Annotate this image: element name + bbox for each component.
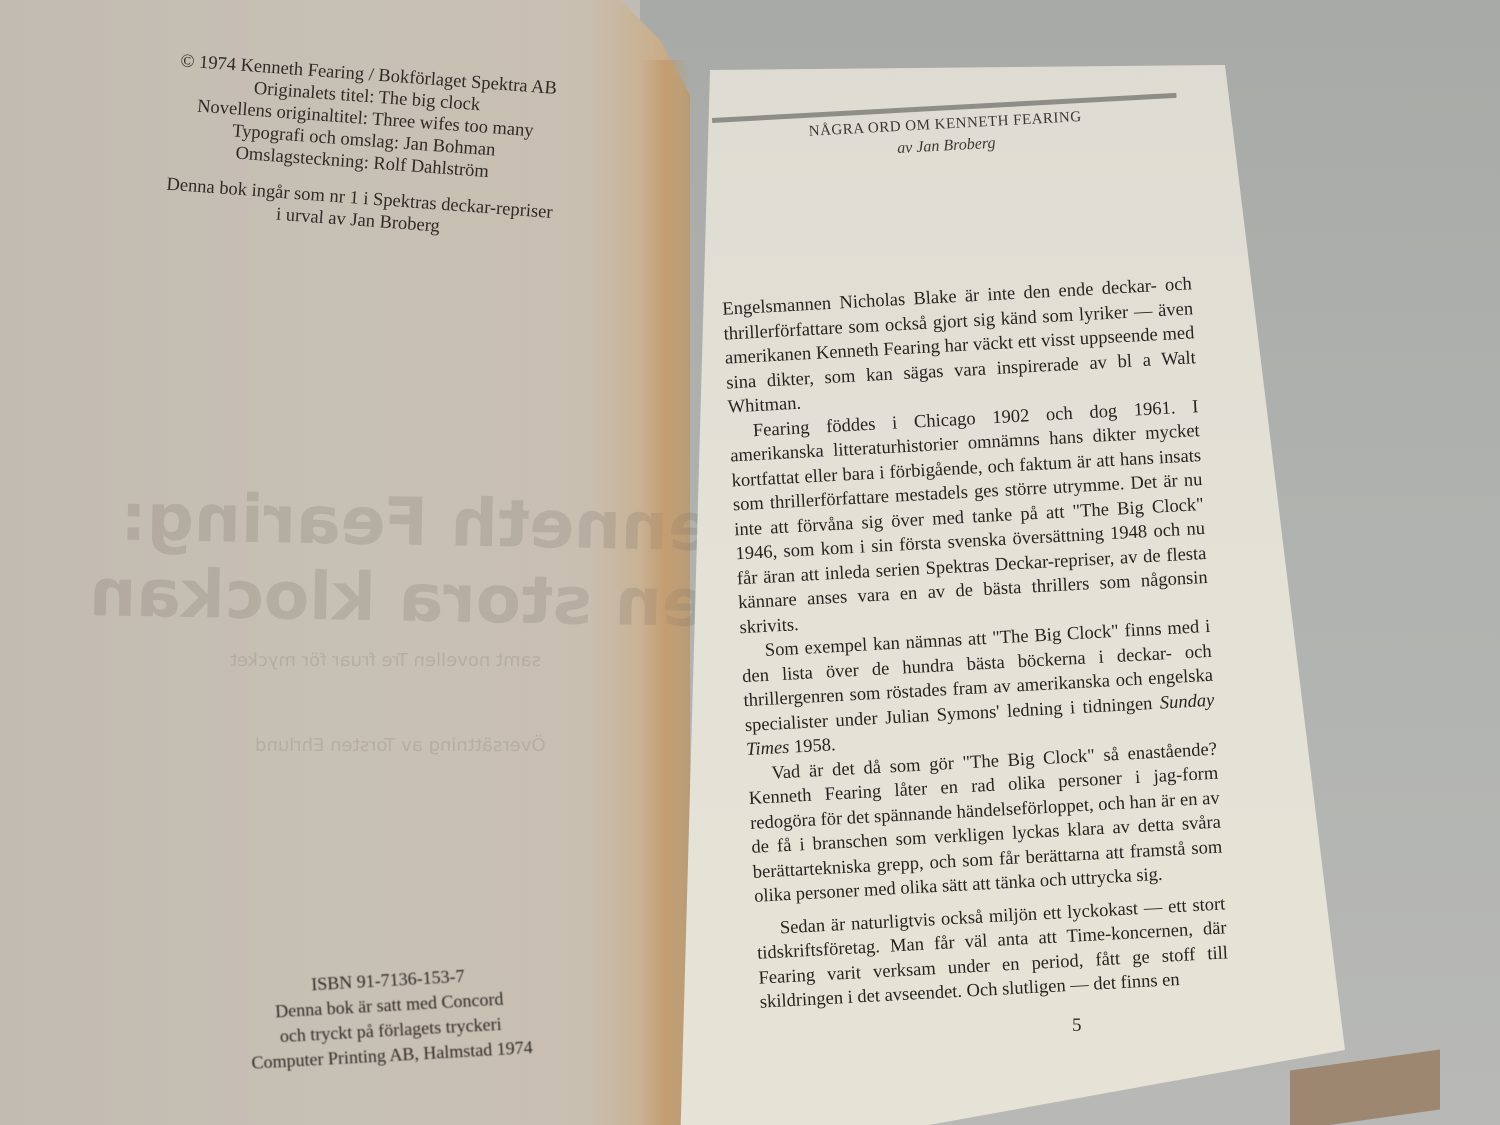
- show-through-line1: samt novellen Tre fruar för mycket: [230, 650, 541, 671]
- colophon: © 1974 Kenneth Fearing / Bokförlaget Spe…: [138, 48, 589, 248]
- paragraph: Fearing föddes i Chicago 1902 och dog 19…: [728, 395, 1209, 641]
- right-page-content: NÅGRA ORD OM KENNETH FEARING av Jan Brob…: [712, 86, 1350, 1015]
- show-through-line2: Översättning av Torsten Ehrlund: [255, 735, 546, 756]
- paragraph: Vad är det då som gör "The Big Clock" så…: [747, 737, 1224, 909]
- body-text: Engelsmannen Nicholas Blake är inte den …: [722, 272, 1230, 1015]
- book-spine: [640, 60, 690, 1125]
- imprint: ISBN 91-7136-153-7 Denna bok är satt med…: [207, 958, 572, 1078]
- page-number: 5: [1072, 1015, 1082, 1037]
